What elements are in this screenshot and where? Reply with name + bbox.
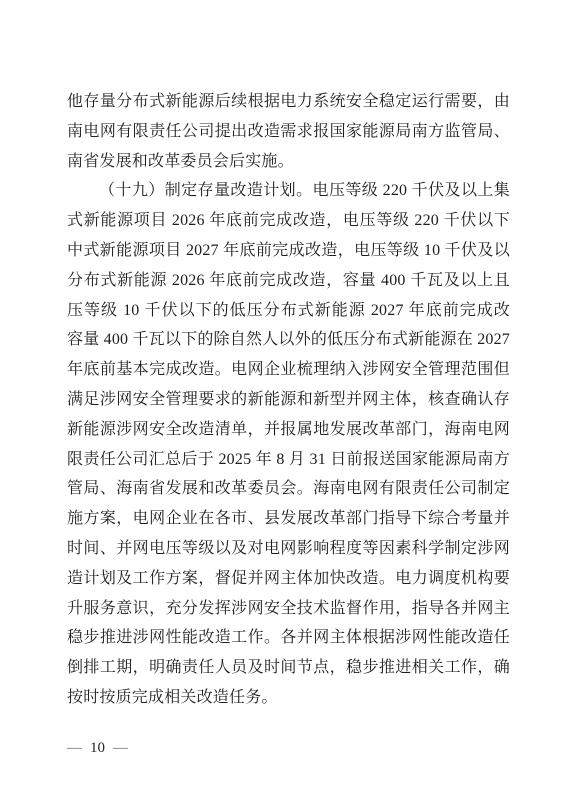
text-line: 南电网有限责任公司提出改造需求报国家能源局南方监管局、海 — [67, 117, 510, 147]
page-number: 10 — [90, 740, 105, 756]
text-line: 稳步推进涉网性能改造工作。各并网主体根据涉网性能改造任务 — [67, 623, 510, 653]
text-line: 管局、海南省发展和改革委员会。海南电网有限责任公司制定实 — [67, 474, 510, 504]
footer-dash-right: — — [113, 740, 128, 756]
text-line: 按时按质完成相关改造任务。 — [67, 683, 510, 713]
text-line: 式新能源项目 2026 年底前完成改造，电压等级 220 千伏以下集 — [67, 206, 510, 236]
text-line: 时间、并网电压等级以及对电网影响程度等因素科学制定涉网改 — [67, 534, 510, 564]
footer-dash-left: — — [67, 740, 82, 756]
text-line: 限责任公司汇总后于 2025 年 8 月 31 日前报送国家能源局南方监 — [67, 445, 510, 475]
document-body: 他存量分布式新能源后续根据电力系统安全稳定运行需要，由海 南电网有限责任公司提出… — [67, 87, 510, 713]
text-line: 升服务意识，充分发挥涉网安全技术监督作用，指导各并网主体 — [67, 594, 510, 624]
text-line: 他存量分布式新能源后续根据电力系统安全稳定运行需要，由海 — [67, 87, 510, 117]
text-line: 南省发展和改革委员会后实施。 — [67, 147, 510, 177]
text-line: 压等级 10 千伏以下的低压分布式新能源 2027 年底前完成改造， — [67, 296, 510, 326]
document-page: 他存量分布式新能源后续根据电力系统安全稳定运行需要，由海 南电网有限责任公司提出… — [0, 0, 577, 808]
text-line: 造计划及工作方案，督促并网主体加快改造。电力调度机构要提 — [67, 564, 510, 594]
text-line: 中式新能源项目 2027 年底前完成改造，电压等级 10 千伏及以上 — [67, 236, 510, 266]
text-line: 分布式新能源 2026 年底前完成改造，容量 400 千瓦及以上且电 — [67, 266, 510, 296]
text-line: 施方案，电网企业在各市、县发展改革部门指导下综合考量并网 — [67, 504, 510, 534]
text-line: 倒排工期，明确责任人员及时间节点，稳步推进相关工作，确保 — [67, 653, 510, 683]
text-line: 新能源涉网安全改造清单，并报属地发展改革部门，海南电网有 — [67, 415, 510, 445]
page-footer: —10— — [67, 740, 128, 756]
text-line-section-heading: （十九）制定存量改造计划。电压等级 220 千伏及以上集中 — [67, 176, 510, 206]
text-line: 满足涉网安全管理要求的新能源和新型并网主体，核查确认存量 — [67, 385, 510, 415]
text-line: 年底前基本完成改造。电网企业梳理纳入涉网安全管理范围但不 — [67, 355, 510, 385]
text-line: 容量 400 千瓦以下的除自然人以外的低压分布式新能源在 2027 — [67, 325, 510, 355]
